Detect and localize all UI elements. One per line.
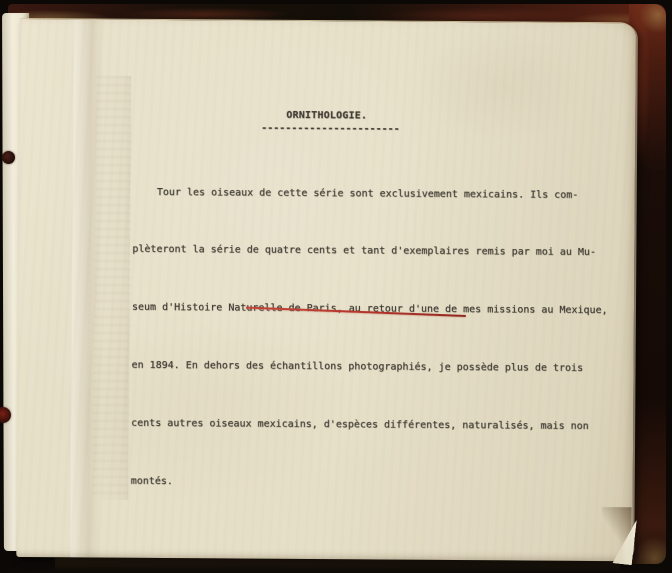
album-page: ORNITHOLOGIE. ----------------------- To… — [16, 19, 636, 561]
document-title: ORNITHOLOGIE. — [286, 110, 367, 123]
book-scan: ORNITHOLOGIE. ----------------------- To… — [0, 0, 672, 573]
hole-punch-top-icon — [2, 151, 15, 164]
binding-crease — [70, 19, 104, 557]
paragraph-line: Tour les oiseaux de cette série sont exc… — [133, 182, 609, 205]
paragraph-line: montés. — [131, 472, 607, 495]
paragraph-line: seum d'Histoire Naturelle de Paris, au r… — [132, 298, 608, 321]
paragraph: Tour les oiseaux de cette série sont exc… — [130, 144, 608, 533]
paragraph-line: cents autres oiseaux mexicains, d'espèce… — [131, 414, 607, 437]
paper-texture-band — [93, 76, 132, 500]
paragraph-line: plèteront la série de quatre cents et ta… — [132, 240, 608, 263]
title-underline: ----------------------- — [261, 123, 400, 136]
paragraph-line: en 1894. En dehors des échantillons phot… — [132, 356, 608, 379]
